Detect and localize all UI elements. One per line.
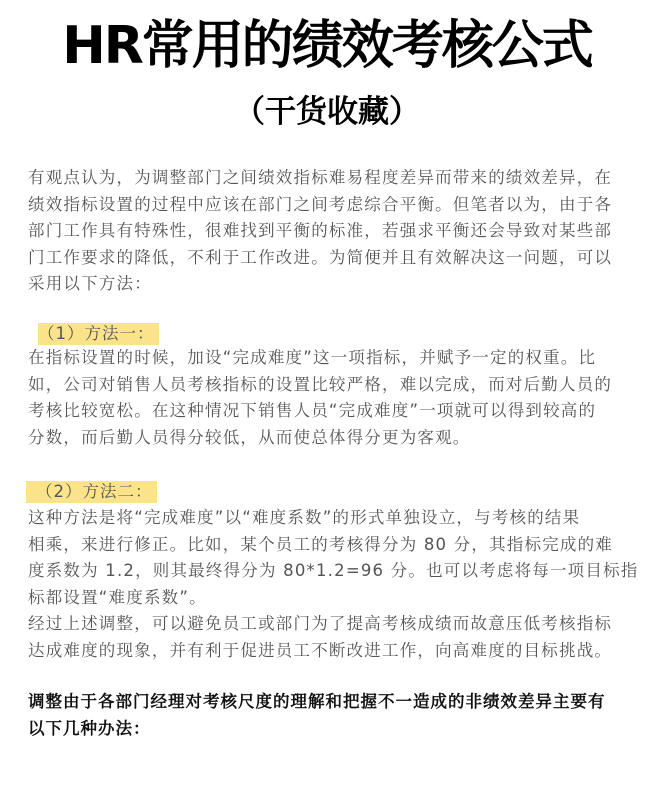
closing-paragraph: 调整由于各部门经理对考核尺度的理解和把握不一造成的非绩效差异主要有 以下几种办法… xyxy=(28,688,624,742)
method2-heading: （2）方法二： xyxy=(26,481,157,503)
closing-line: 以下几种办法： xyxy=(28,715,624,742)
page-title: HR常用的绩效考核公式 xyxy=(0,14,654,78)
method1-line: 分数，而后勤人员得分较低，从而使总体得分更为客观。 xyxy=(28,425,624,452)
page-subtitle: （干货收藏） xyxy=(0,92,654,132)
method1-paragraph: 在指标设置的时候，加设“完成难度”这一项指标，并赋予一定的权重。比 如，公司对销… xyxy=(28,345,624,451)
method1-heading: （1）方法一： xyxy=(38,323,159,345)
method1-line: 如，公司对销售人员考核指标的设置比较严格，难以完成，而对后勤人员的 xyxy=(28,372,624,399)
method2-line: 这种方法是将“完成难度”以“难度系数”的形式单独设立，与考核的结果 xyxy=(28,505,624,532)
method2-line: 达成难度的现象，并有利于促进员工不断改进工作，向高难度的目标挑战。 xyxy=(28,638,624,665)
intro-paragraph: 有观点认为，为调整部门之间绩效指标难易程度差异而带来的绩效差异，在 绩效指标设置… xyxy=(28,165,624,298)
method2-paragraph: 这种方法是将“完成难度”以“难度系数”的形式单独设立，与考核的结果 相乘，来进行… xyxy=(28,505,624,665)
intro-line: 门工作要求的降低，不利于工作改进。为简便并且有效解决这一问题，可以 xyxy=(28,245,624,272)
intro-line: 绩效指标设置的过程中应该在部门之间考虑综合平衡。但笔者以为，由于各 xyxy=(28,192,624,219)
method2-line: 相乘，来进行修正。比如，某个员工的考核得分为 80 分，其指标完成的难 xyxy=(28,532,624,559)
method1-line: 考核比较宽松。在这种情况下销售人员“完成难度”一项就可以得到较高的 xyxy=(28,398,624,425)
closing-line: 调整由于各部门经理对考核尺度的理解和把握不一造成的非绩效差异主要有 xyxy=(28,688,624,715)
method2-line: 经过上述调整，可以避免员工或部门为了提高考核成绩而故意压低考核指标 xyxy=(28,611,624,638)
intro-line: 部门工作具有特殊性，很难找到平衡的标准，若强求平衡还会导致对某些部 xyxy=(28,218,624,245)
method2-line: 度系数为 1.2，则其最终得分为 80*1.2=96 分。也可以考虑将每一项目标… xyxy=(28,558,624,585)
method2-line: 标都设置“难度系数”。 xyxy=(28,585,624,612)
intro-line: 有观点认为，为调整部门之间绩效指标难易程度差异而带来的绩效差异，在 xyxy=(28,165,624,192)
intro-line: 采用以下方法： xyxy=(28,271,624,298)
method1-line: 在指标设置的时候，加设“完成难度”这一项指标，并赋予一定的权重。比 xyxy=(28,345,624,372)
